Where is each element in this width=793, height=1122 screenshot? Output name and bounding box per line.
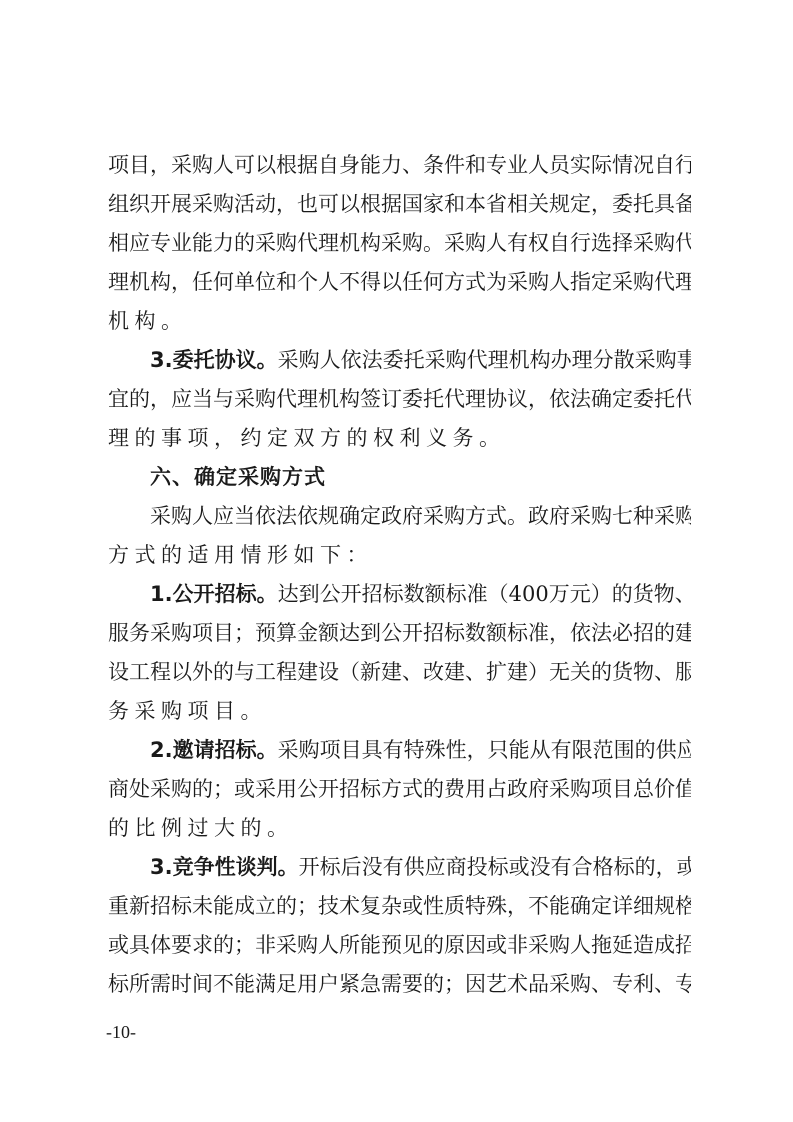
paragraph-line: 商处采购的；或采用公开招标方式的费用占政府采购项目总价值 [108, 770, 691, 809]
paragraph-line: 机构。 [108, 302, 691, 341]
paragraph-line: 或具体要求的；非采购人所能预见的原因或非采购人拖延造成招 [108, 926, 691, 965]
paragraph-line-item-open-tender: 1.公开招标。达到公开招标数额标准（400万元）的货物、 [108, 575, 691, 614]
line-text: 方式的适用情形如下： [108, 543, 373, 567]
page-number: -10- [106, 1022, 136, 1043]
paragraph-line: 重新招标未能成立的；技术复杂或性质特殊，不能确定详细规格 [108, 887, 691, 926]
paragraph-line: 理的事项，约定双方的权利义务。 [108, 419, 691, 458]
paragraph-line: 项目，采购人可以根据自身能力、条件和专业人员实际情况自行 [108, 146, 691, 185]
paragraph-line: 务采购项目。 [108, 692, 691, 731]
line-text: 理的事项，约定双方的权利义务。 [108, 426, 506, 450]
section-heading: 六、确定采购方式 [108, 458, 691, 497]
paragraph-line: 相应专业能力的采购代理机构采购。采购人有权自行选择采购代 [108, 224, 691, 263]
paragraph-line-item-delegation: 3.委托协议。采购人依法委托采购代理机构办理分散采购事 [108, 341, 691, 380]
paragraph-line: 组织开展采购活动，也可以根据国家和本省相关规定，委托具备 [108, 185, 691, 224]
paragraph-line: 方式的适用情形如下： [108, 536, 691, 575]
paragraph-line-item-invited-tender: 2.邀请招标。采购项目具有特殊性，只能从有限范围的供应 [108, 731, 691, 770]
paragraph-line-item-competitive-negotiation: 3.竞争性谈判。开标后没有供应商投标或没有合格标的，或 [108, 848, 691, 887]
document-body: 项目，采购人可以根据自身能力、条件和专业人员实际情况自行 组织开展采购活动，也可… [108, 146, 691, 1004]
paragraph-line: 标所需时间不能满足用户紧急需要的；因艺术品采购、专利、专 [108, 965, 691, 1004]
section-title: 六、确定采购方式 [150, 465, 326, 489]
paragraph-line: 服务采购项目；预算金额达到公开招标数额标准，依法必招的建 [108, 614, 691, 653]
paragraph-line: 宜的，应当与采购代理机构签订委托代理协议，依法确定委托代 [108, 380, 691, 419]
line-text: 的比例过大的。 [108, 816, 294, 840]
line-text: 务采购项目。 [108, 699, 267, 723]
paragraph-line: 采购人应当依法依规确定政府采购方式。政府采购七种采购 [108, 497, 691, 536]
line-text: 机构。 [108, 309, 188, 333]
paragraph-line: 设工程以外的与工程建设（新建、改建、扩建）无关的货物、服 [108, 653, 691, 692]
paragraph-line: 理机构，任何单位和个人不得以任何方式为采购人指定采购代理 [108, 263, 691, 302]
paragraph-line: 的比例过大的。 [108, 809, 691, 848]
